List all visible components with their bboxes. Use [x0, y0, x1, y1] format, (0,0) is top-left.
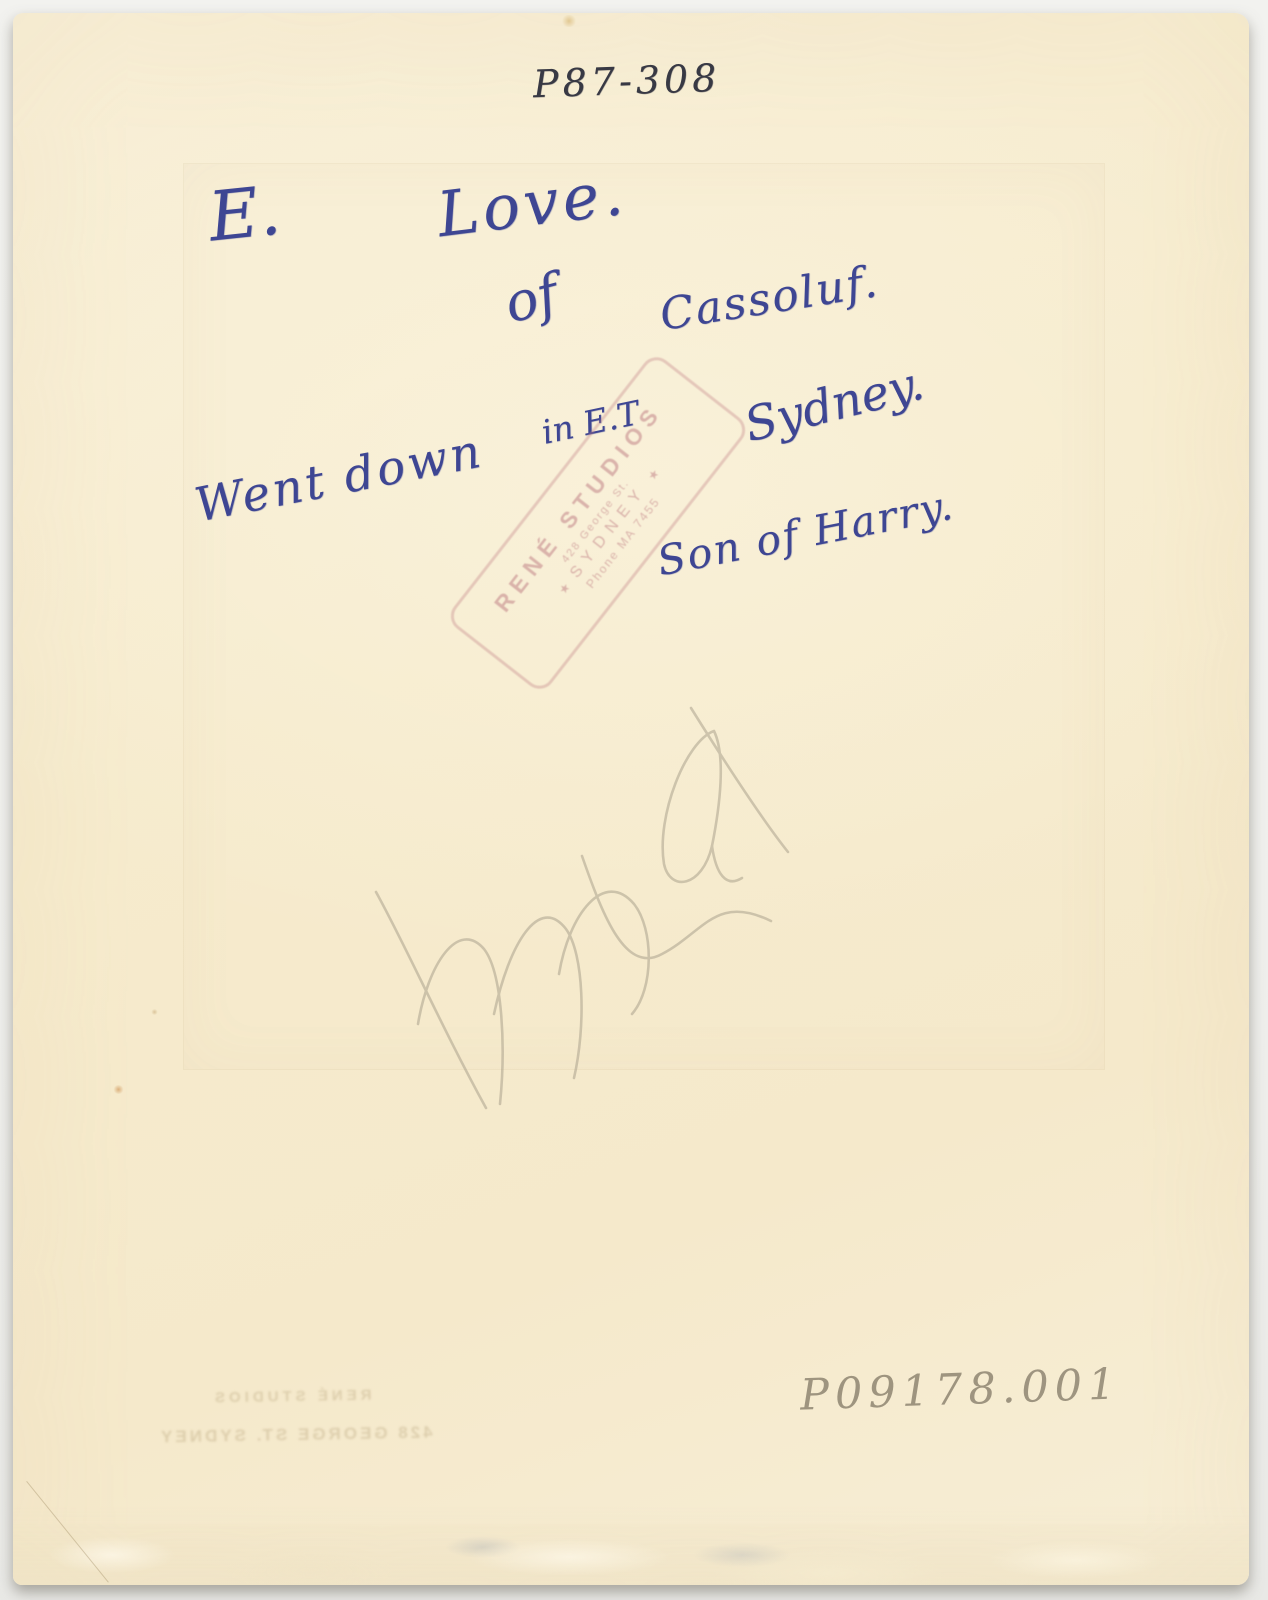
inscription-initial: E. [205, 171, 284, 257]
photo-verso-paper: P87-308 E. Love. of Cassoluf. Went down … [13, 13, 1249, 1585]
inscription-line4: Son of Harry. [653, 481, 958, 586]
star-icon: ★ [644, 466, 662, 483]
inscription-line3-start: Went down [190, 424, 487, 534]
inscription-line2-name: Cassoluf. [656, 256, 882, 341]
inscription-line2-lead: of [498, 262, 564, 336]
foxing-stain [151, 1009, 158, 1015]
star-icon: ★ [555, 580, 573, 597]
catalog-number-ink: P87-308 [532, 56, 721, 107]
inscription-surname: Love. [433, 156, 630, 252]
inscription-line3-place: Sydney. [739, 356, 929, 453]
foxing-stain [561, 15, 577, 27]
embossed-studio-mark-line2: 428 GEORGE ST. SYDNEY [158, 1423, 433, 1448]
water-damage-band [13, 1485, 1249, 1585]
accession-number-pencil: P09178.001 [799, 1359, 1122, 1420]
embossed-studio-mark-line1: RENÉ STUDIOS [211, 1387, 372, 1407]
foxing-stain [113, 1085, 124, 1094]
photo-impression-outline [183, 163, 1105, 1070]
